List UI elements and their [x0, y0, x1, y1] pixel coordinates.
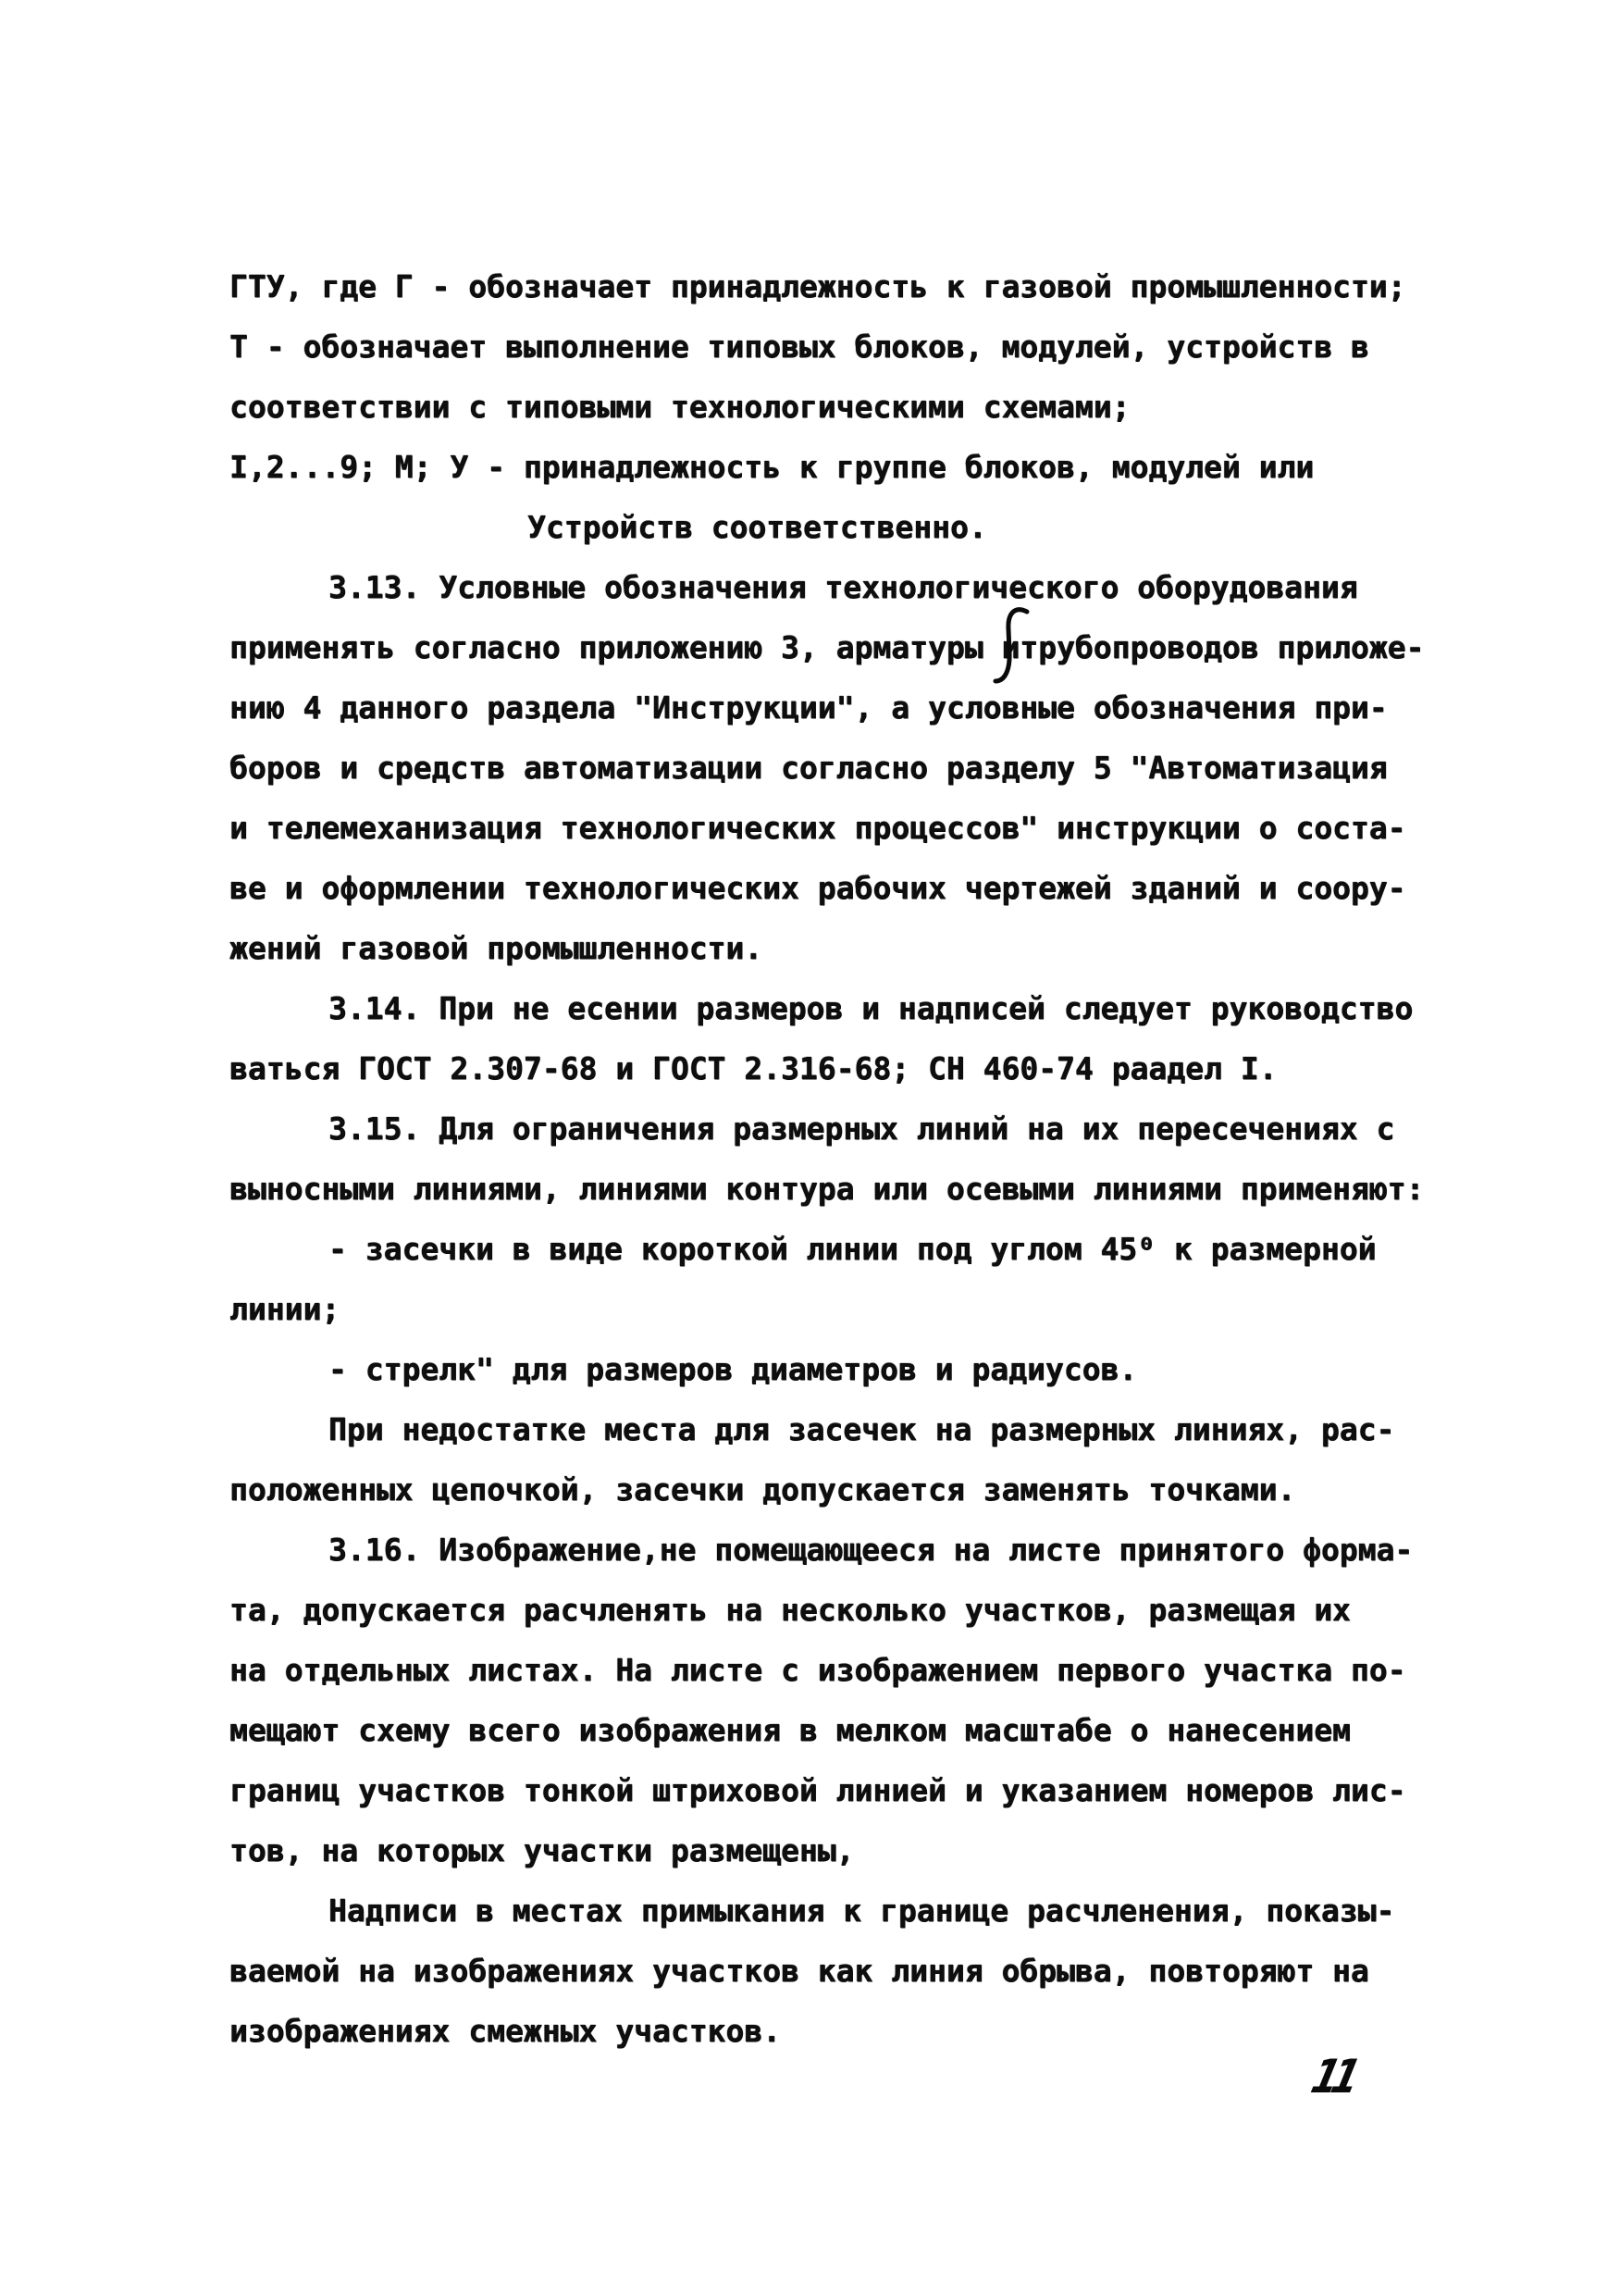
text-line: ГТУ, где Г - обозначает принадлежность к… — [229, 256, 1525, 316]
text-line: I,2...9; М; У - принадлежность к группе … — [229, 437, 1525, 497]
text-line: нию 4 данного раздела "Инструкции", а ус… — [229, 677, 1525, 738]
text-line: линии; — [229, 1279, 1525, 1339]
text-line: - засечки в виде короткой линии под угло… — [229, 1219, 1525, 1279]
text-line: соответствии с типовыми технологическими… — [229, 377, 1525, 437]
text-line: 3.13. Условные обозначения технологическ… — [229, 557, 1525, 617]
text-line: ве и оформлении технологических рабочих … — [229, 858, 1525, 918]
text-line: положенных цепочкой, засечки допускается… — [229, 1459, 1525, 1520]
text-line: Устройств соответственно. — [229, 497, 1525, 557]
document-page: ГТУ, где Г - обозначает принадлежность к… — [0, 0, 1620, 2296]
text-line: мещают схему всего изображения в мелком … — [229, 1700, 1525, 1760]
text-line: 3.15. Для ограничения размерных линий на… — [229, 1098, 1525, 1159]
text-line: и телемеханизация технологических процес… — [229, 798, 1525, 858]
typewritten-text-block: ГТУ, где Г - обозначает принадлежность к… — [229, 256, 1525, 2061]
text-line: выносными линиями, линиями контура или о… — [229, 1159, 1525, 1219]
text-line: 3.16. Изображение,не помещающееся на лис… — [229, 1520, 1525, 1580]
text-line: боров и средств автоматизации согласно р… — [229, 738, 1525, 798]
text-line: При недостатке места для засечек на разм… — [229, 1399, 1525, 1459]
text-line: границ участков тонкой штриховой линией … — [229, 1760, 1525, 1820]
text-line: на отдельных листах. На листе с изображе… — [229, 1640, 1525, 1700]
text-line: тов, на которых участки размещены, — [229, 1820, 1525, 1880]
handwritten-insertion-mark — [990, 603, 1033, 689]
text-line: та, допускается расчленять на несколько … — [229, 1580, 1525, 1640]
text-line: ваемой на изображениях участков как лини… — [229, 1941, 1525, 2001]
text-line: жений газовой промышленности. — [229, 918, 1525, 978]
text-line: Т - обозначает выполнение типовых блоков… — [229, 316, 1525, 377]
text-line: ваться ГОСТ 2.307-68 и ГОСТ 2.316-68; СН… — [229, 1038, 1525, 1098]
text-line: 3.14. При не есении размеров и надписей … — [229, 978, 1525, 1038]
text-line: - стрелк" для размеров диаметров и радиу… — [229, 1339, 1525, 1399]
text-line: Надписи в местах примыкания к границе ра… — [229, 1880, 1525, 1941]
text-line: применять согласно приложению 3, арматур… — [229, 617, 1525, 677]
